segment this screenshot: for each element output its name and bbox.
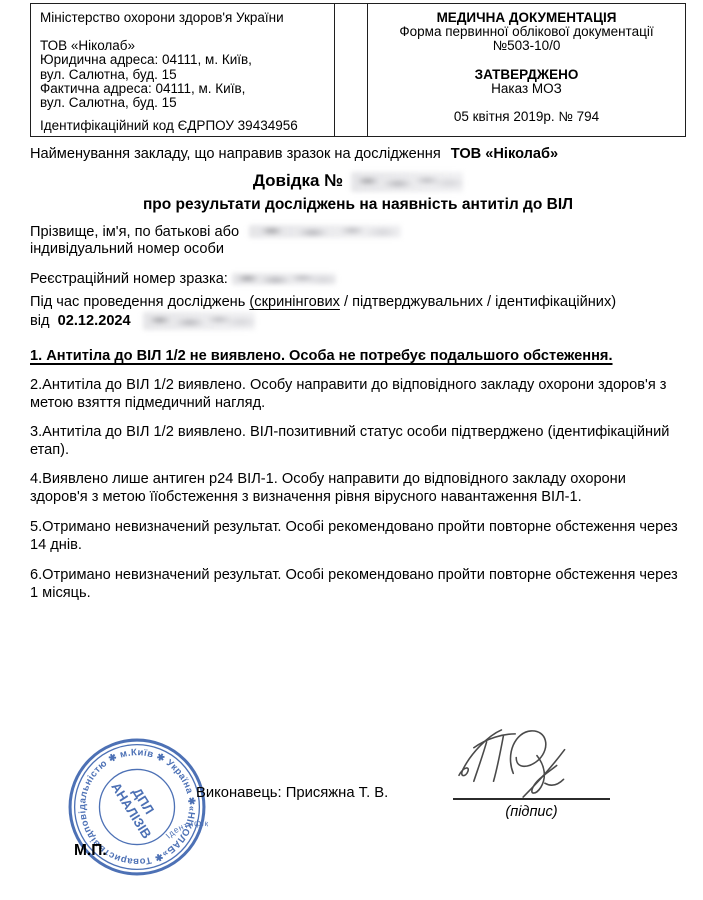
sample-number-line: Реєстраційний номер зразка: [30,271,686,289]
legal-address-line2: вул. Салютна, буд. 15 [40,68,326,82]
order-label: Наказ МОЗ [374,82,679,96]
person-name-label-1: Прізвище, ім'я, по батькові або [30,224,239,240]
actual-address-line1: Фактична адреса: 04111, м. Київ, [40,82,326,96]
document-subtitle: про результати досліджень на наявність а… [30,196,686,214]
edrpou-code: Ідентифікаційний код ЄДРПОУ 39434956 [40,119,326,133]
research-underlined-option: (скринінгових [249,294,340,310]
research-prefix: Під час проведення досліджень [30,294,249,310]
result-item-2: 2.Антитіла до ВІЛ 1/2 виявлено. Особу на… [30,377,686,412]
redacted-date-extra [143,312,255,330]
handwritten-signature [452,726,614,800]
document-title-text: Довідка № [253,171,343,190]
company-name: ТОВ «Ніколаб» [40,39,326,53]
facility-value: ТОВ «Ніколаб» [451,146,558,162]
result-item-3: 3.Антитіла до ВІЛ 1/2 виявлено. ВІЛ-пози… [30,424,686,459]
research-suffix: / підтверджувальних / ідентифікаційних) [340,294,616,310]
date-value: 02.12.2024 [58,312,131,328]
approved-label: ЗАТВЕРДЖЕНО [374,68,679,82]
doc-type-label: МЕДИЧНА ДОКУМЕНТАЦІЯ [374,11,679,25]
medical-certificate-document: Міністерство охорони здоров'я України ТО… [0,0,703,900]
research-date-line: від 02.12.2024 [30,312,686,330]
redacted-sample-number [232,273,336,285]
stamp-center-text: ДПЛ АНАЛІЗІВ [108,772,167,841]
redacted-person-name [249,225,401,238]
person-name-line: Прізвище, ім'я, по батькові або [30,224,686,242]
facility-line: Найменування закладу, що направив зразок… [30,146,686,162]
result-item-6: 6.Отримано невизначений результат. Особі… [30,567,686,602]
research-type-line: Під час проведення досліджень (скринінго… [30,294,686,312]
result-item-1: 1. Антитіла до ВІЛ 1/2 не виявлено. Особ… [30,348,686,366]
date-label: від [30,312,50,328]
ministry-line: Міністерство охорони здоров'я України [40,11,326,25]
order-date: 05 квітня 2019р. № 794 [374,110,679,124]
signature-line [453,798,610,800]
header-left-cell: Міністерство охорони здоров'я України ТО… [31,4,335,136]
signature-caption: (підпис) [453,804,610,820]
header-right-cell: МЕДИЧНА ДОКУМЕНТАЦІЯ Форма первинної обл… [368,4,685,136]
result-item-5: 5.Отримано невизначений результат. Особі… [30,519,686,554]
person-name-label-2: індивідуальний номер особи [30,241,686,259]
sample-number-label: Реєстраційний номер зразка: [30,271,228,287]
form-label: Форма первинної облікової документації [374,25,679,39]
executor-line: Виконавець: Присяжна Т. В. [196,785,388,801]
document-title: Довідка № [30,171,686,192]
actual-address-line2: вул. Салютна, буд. 15 [40,96,326,110]
header-table: Міністерство охорони здоров'я України ТО… [30,3,686,137]
result-item-4: 4.Виявлено лише антиген р24 ВІЛ-1. Особу… [30,471,686,506]
mp-seal-placeholder-label: М.П. [74,842,107,860]
person-block: Прізвище, ім'я, по батькові або індивіду… [30,224,686,259]
header-spacer-cell [335,4,368,136]
form-number: №503-10/0 [374,39,679,53]
redacted-doc-number [351,172,463,192]
legal-address-line1: Юридична адреса: 04111, м. Київ, [40,53,326,67]
facility-label: Найменування закладу, що направив зразок… [30,146,441,162]
